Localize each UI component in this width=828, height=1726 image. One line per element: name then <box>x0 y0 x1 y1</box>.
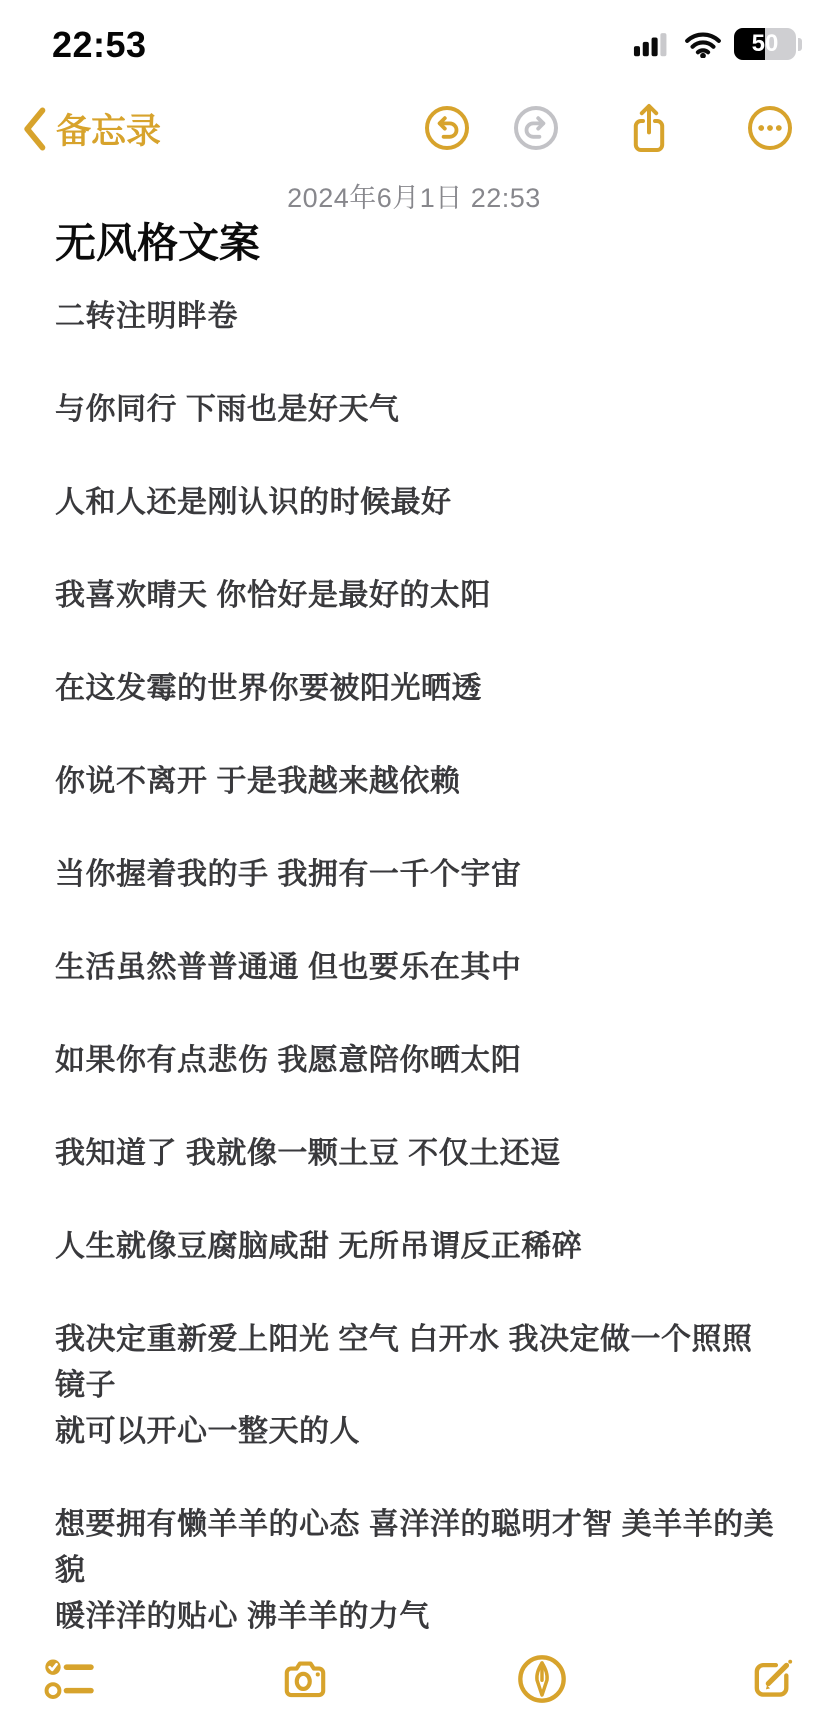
note-paragraph: 我决定重新爱上阳光 空气 白开水 我决定做一个照照镜子 就可以开心一整天的人 <box>55 1317 776 1455</box>
note-line: 你说不离开 于是我越来越依赖 <box>55 759 776 805</box>
note-date: 2024年6月1日 22:53 <box>0 176 828 215</box>
note-line: 如果你有点悲伤 我愿意陪你晒太阳 <box>55 1038 776 1084</box>
note-body: 二转注明眫卷 与你同行 下雨也是好天气 人和人还是刚认识的时候最好 我喜欢晴天 … <box>55 294 776 1640</box>
back-button[interactable]: 备忘录 <box>22 104 161 154</box>
back-label: 备忘录 <box>56 104 161 154</box>
battery-cap <box>798 38 802 51</box>
redo-icon[interactable] <box>512 104 560 152</box>
note-paragraph: 想要拥有懒羊羊的心态 喜洋洋的聪明才智 美羊羊的美貌 暖洋洋的贴心 沸羊羊的力气 <box>55 1502 776 1640</box>
markup-pen-icon[interactable] <box>516 1653 568 1705</box>
status-time: 22:53 <box>52 24 147 66</box>
camera-icon[interactable] <box>279 1653 331 1705</box>
note-line: 与你同行 下雨也是好天气 <box>55 387 776 433</box>
chevron-left-icon <box>22 107 46 151</box>
share-icon[interactable] <box>625 100 673 148</box>
undo-icon[interactable] <box>423 104 471 152</box>
note-line: 人和人还是刚认识的时候最好 <box>55 480 776 526</box>
note-editor[interactable]: 无风格文案 二转注明眫卷 与你同行 下雨也是好天气 人和人还是刚认识的时候最好 … <box>55 218 776 1687</box>
note-line: 我知道了 我就像一颗土豆 不仅土还逗 <box>55 1131 776 1177</box>
note-line: 生活虽然普普通通 但也要乐在其中 <box>55 945 776 991</box>
cellular-signal-icon <box>632 31 672 57</box>
note-line: 我喜欢晴天 你恰好是最好的太阳 <box>55 573 776 619</box>
note-line: 当你握着我的手 我拥有一千个宇宙 <box>55 852 776 898</box>
nav-bar: 备忘录 <box>0 96 828 162</box>
checklist-icon[interactable] <box>42 1653 94 1705</box>
note-line: 二转注明眫卷 <box>55 294 776 340</box>
battery-icon: 50 <box>734 28 802 60</box>
bottom-toolbar <box>0 1645 828 1726</box>
note-line: 人生就像豆腐脑咸甜 无所吊谓反正稀碎 <box>55 1224 776 1270</box>
notes-app-screen: 22:53 50 <box>0 0 828 1726</box>
compose-icon[interactable] <box>746 1653 798 1705</box>
battery-percent: 50 <box>734 28 796 60</box>
wifi-icon <box>684 31 722 58</box>
note-title: 无风格文案 <box>55 218 776 268</box>
status-icons: 50 <box>632 28 802 60</box>
ellipsis-icon[interactable] <box>746 104 794 152</box>
note-line: 在这发霉的世界你要被阳光晒透 <box>55 666 776 712</box>
